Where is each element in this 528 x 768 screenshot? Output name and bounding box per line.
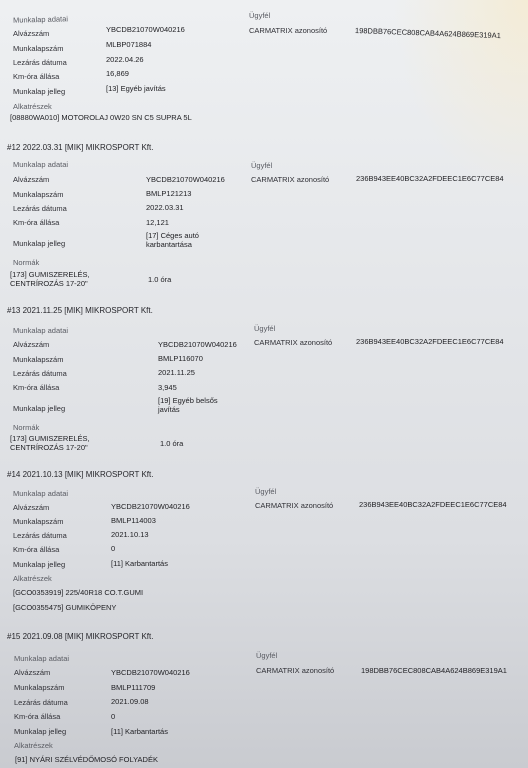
label-km-ora-allasa: Km-óra állása	[13, 545, 59, 554]
value-km-ora-allasa: 16,869	[106, 69, 129, 78]
label-km-ora-allasa: Km-óra állása	[13, 218, 59, 227]
norm-item-time: 1.0 óra	[148, 275, 171, 284]
label-carmatrix-azonosito: CARMATRIX azonosító	[254, 338, 332, 347]
value-lezaras-datuma: 2022.03.31	[146, 203, 184, 212]
label-munkalapszam: Munkalapszám	[13, 355, 63, 364]
value-km-ora-allasa: 3,945	[158, 383, 177, 392]
label-alvazszam: Alvázszám	[13, 29, 49, 38]
label-carmatrix-azonosito: CARMATRIX azonosító	[256, 666, 334, 675]
value-alvazszam: YBCDB21070W040216	[111, 668, 190, 677]
norm-item-name: [173] GUMISZERELÉS, CENTRÍROZÁS 17-20"	[10, 434, 110, 452]
value-munkalap-jelleg: [17] Céges autó karbantartása	[146, 231, 226, 249]
value-munkalap-jelleg: [13] Egyéb javítás	[106, 84, 166, 93]
value-alvazszam: YBCDB21070W040216	[106, 25, 185, 34]
section-heading-ugyfel: Ügyfél	[254, 324, 275, 333]
section-heading-ugyfel: Ügyfél	[255, 487, 276, 496]
label-alvazszam: Alvázszám	[13, 175, 49, 184]
label-munkalapszam: Munkalapszám	[14, 683, 64, 692]
label-km-ora-allasa: Km-óra állása	[13, 383, 59, 392]
value-munkalap-jelleg: [11] Karbantartás	[111, 727, 168, 736]
label-carmatrix-azonosito: CARMATRIX azonosító	[251, 175, 329, 184]
label-carmatrix-azonosito: CARMATRIX azonosító	[255, 501, 333, 510]
label-alvazszam: Alvázszám	[14, 668, 50, 677]
value-carmatrix-azonosito: 236B943EE40BC32A2FDEEC1E6C77CE84	[356, 337, 504, 346]
label-munkalapszam: Munkalapszám	[13, 190, 63, 199]
label-munkalapszam: Munkalapszám	[13, 44, 63, 53]
value-alvazszam: YBCDB21070W040216	[111, 502, 190, 511]
value-km-ora-allasa: 0	[111, 712, 115, 721]
norm-item-name: [173] GUMISZERELÉS, CENTRÍROZÁS 17-20"	[10, 270, 110, 288]
label-km-ora-allasa: Km-óra állása	[14, 712, 60, 721]
section-heading-ugyfel: Ügyfél	[251, 161, 272, 170]
value-km-ora-allasa: 0	[111, 544, 115, 553]
value-carmatrix-azonosito: 198DBB76CEC808CAB4A624B869E319A1	[361, 666, 507, 675]
section-heading-ugyfel: Ügyfél	[249, 11, 270, 20]
label-alvazszam: Alvázszám	[13, 503, 49, 512]
label-munkalap-jelleg: Munkalap jelleg	[13, 404, 65, 413]
label-munkalap-jelleg: Munkalap jelleg	[13, 87, 65, 96]
label-munkalap-jelleg: Munkalap jelleg	[14, 727, 66, 736]
record-title: #15 2021.09.08 [MIK] MIKROSPORT Kft.	[7, 632, 153, 641]
value-lezaras-datuma: 2022.04.26	[106, 55, 144, 64]
value-alvazszam: YBCDB21070W040216	[146, 175, 225, 184]
part-item: [08880WA010] MOTOROLAJ 0W20 SN C5 SUPRA …	[10, 113, 192, 122]
record-title: #12 2022.03.31 [MIK] MIKROSPORT Kft.	[7, 143, 153, 152]
value-munkalap-jelleg: [19] Egyéb belsős javítás	[158, 396, 238, 414]
value-carmatrix-azonosito: 198DBB76CEC808CAB4A624B869E319A1	[355, 26, 501, 40]
section-heading-munkalap-adatai: Munkalap adatai	[13, 326, 68, 335]
section-heading-normak: Normák	[13, 258, 39, 267]
section-heading-ugyfel: Ügyfél	[256, 651, 277, 660]
label-km-ora-allasa: Km-óra állása	[13, 72, 59, 81]
service-history-page: Munkalap adatai Alvázszám YBCDB21070W040…	[0, 0, 528, 768]
value-alvazszam: YBCDB21070W040216	[158, 340, 237, 349]
part-item: [GCO0355475] GUMIKÖPENY	[13, 603, 116, 612]
label-lezaras-datuma: Lezárás dátuma	[13, 531, 67, 540]
value-lezaras-datuma: 2021.09.08	[111, 697, 149, 706]
section-heading-munkalap-adatai: Munkalap adatai	[14, 654, 69, 663]
section-heading-munkalap-adatai: Munkalap adatai	[13, 160, 68, 169]
value-munkalapszam: BMLP114003	[111, 516, 156, 525]
section-heading-alkatreszek: Alkatrészek	[13, 574, 52, 583]
value-munkalapszam: MLBP071884	[106, 40, 151, 49]
value-munkalapszam: BMLP121213	[146, 189, 191, 198]
value-lezaras-datuma: 2021.11.25	[158, 368, 195, 377]
record-title: #13 2021.11.25 [MIK] MIKROSPORT Kft.	[7, 306, 153, 315]
value-carmatrix-azonosito: 236B943EE40BC32A2FDEEC1E6C77CE84	[359, 500, 507, 509]
value-munkalapszam: BMLP111709	[111, 683, 155, 692]
section-heading-alkatreszek: Alkatrészek	[13, 102, 52, 111]
label-alvazszam: Alvázszám	[13, 340, 49, 349]
record-title: #14 2021.10.13 [MIK] MIKROSPORT Kft.	[7, 470, 153, 479]
value-lezaras-datuma: 2021.10.13	[111, 530, 149, 539]
label-lezaras-datuma: Lezárás dátuma	[13, 369, 67, 378]
value-km-ora-allasa: 12,121	[146, 218, 169, 227]
value-carmatrix-azonosito: 236B943EE40BC32A2FDEEC1E6C77CE84	[356, 174, 504, 183]
label-munkalap-jelleg: Munkalap jelleg	[13, 560, 65, 569]
section-heading-munkalap-adatai: Munkalap adatai	[13, 14, 68, 24]
label-lezaras-datuma: Lezárás dátuma	[13, 204, 67, 213]
label-lezaras-datuma: Lezárás dátuma	[14, 698, 68, 707]
label-munkalapszam: Munkalapszám	[13, 517, 63, 526]
part-item: [GCO0353919] 225/40R18 CO.T.GUMI	[13, 588, 143, 597]
value-munkalap-jelleg: [11] Karbantartás	[111, 559, 168, 568]
section-heading-normak: Normák	[13, 423, 39, 432]
part-item: [91] NYÁRI SZÉLVÉDŐMOSÓ FOLYADÉK	[15, 755, 158, 764]
label-munkalap-jelleg: Munkalap jelleg	[13, 239, 65, 248]
section-heading-alkatreszek: Alkatrészek	[14, 741, 53, 750]
norm-item-time: 1.0 óra	[160, 439, 183, 448]
value-munkalapszam: BMLP116070	[158, 354, 203, 363]
label-carmatrix-azonosito: CARMATRIX azonosító	[249, 26, 327, 35]
label-lezaras-datuma: Lezárás dátuma	[13, 58, 67, 67]
section-heading-munkalap-adatai: Munkalap adatai	[13, 489, 68, 498]
